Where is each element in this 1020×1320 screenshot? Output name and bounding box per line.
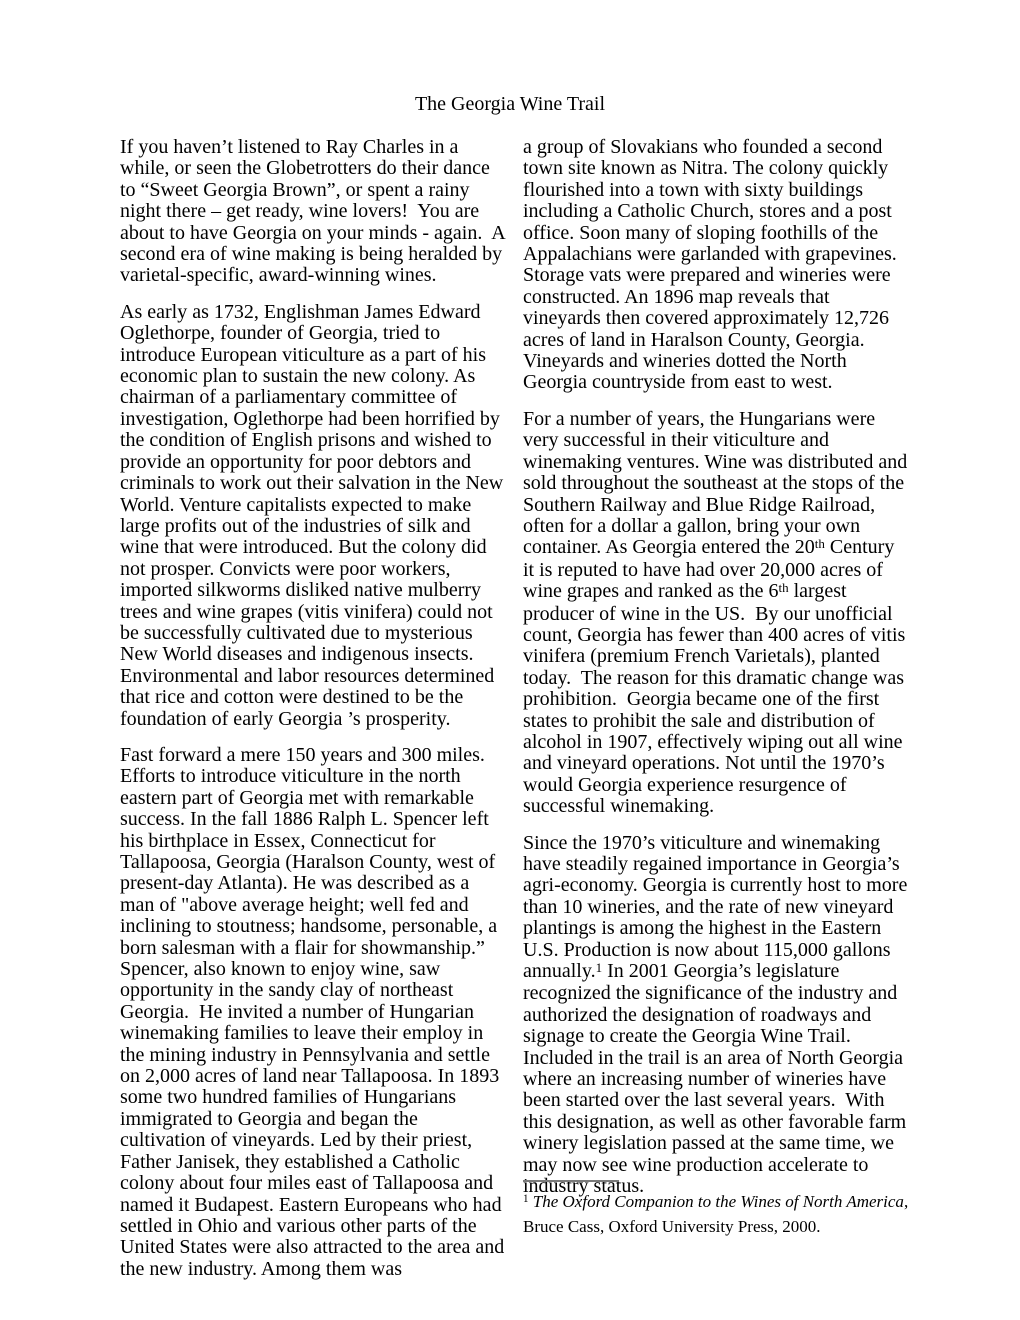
- footnote-area: 1 The Oxford Companion to the Wines of N…: [523, 1180, 909, 1238]
- paragraph: a group of Slovakians who founded a seco…: [523, 137, 909, 394]
- text-run: If you haven’t listened to Ray Charles i…: [120, 136, 510, 286]
- superscript-text: 1: [523, 1193, 529, 1205]
- document-title: The Georgia Wine Trail: [0, 92, 1020, 116]
- paragraph: Since the 1970’s viticulture and winemak…: [523, 833, 909, 1198]
- paragraph: For a number of years, the Hungarians we…: [523, 409, 909, 818]
- left-column: If you haven’t listened to Ray Charles i…: [120, 137, 506, 1295]
- footnote-separator: [523, 1180, 619, 1182]
- text-run: largest producer of wine in the US. By o…: [523, 580, 910, 817]
- paragraph: As early as 1732, Englishman James Edwar…: [120, 302, 506, 730]
- paragraph: Fast forward a mere 150 years and 300 mi…: [120, 745, 506, 1280]
- paragraph: If you haven’t listened to Ray Charles i…: [120, 137, 506, 287]
- document-page: The Georgia Wine Trail If you haven’t li…: [0, 0, 1020, 1320]
- footnote-text: 1 The Oxford Companion to the Wines of N…: [523, 1191, 909, 1238]
- text-run: Fast forward a mere 150 years and 300 mi…: [120, 744, 509, 1280]
- superscript-text: 1: [596, 960, 603, 975]
- superscript-text: th: [815, 536, 825, 551]
- right-column: a group of Slovakians who founded a seco…: [523, 137, 909, 1213]
- text-run: In 2001 Georgia’s legislature recognized…: [523, 960, 911, 1197]
- text-run: The Oxford Companion to the Wines of Nor…: [529, 1192, 904, 1211]
- text-run: As early as 1732, Englishman James Edwar…: [120, 301, 508, 730]
- superscript-text: th: [778, 580, 788, 595]
- text-run: a group of Slovakians who founded a seco…: [523, 136, 902, 393]
